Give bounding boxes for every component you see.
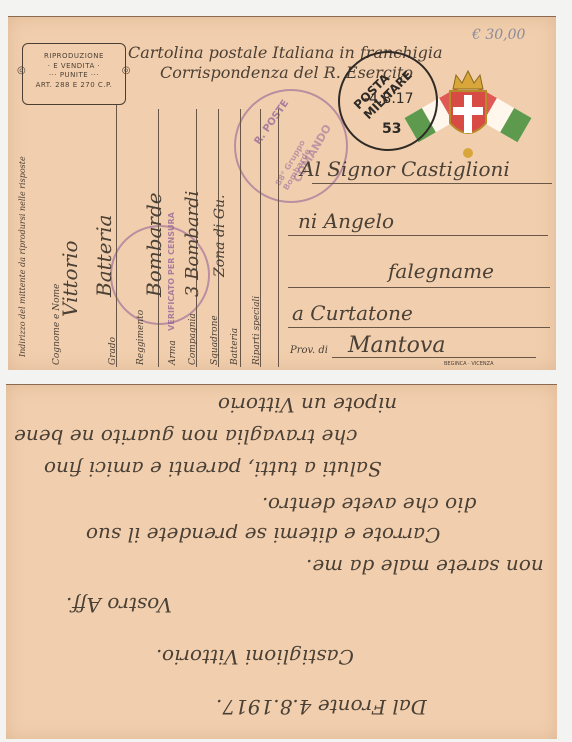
field-label-batteria: Batteria bbox=[230, 328, 240, 365]
postcard-back: nipote un Vittorio che travaglia non gua… bbox=[6, 384, 557, 739]
unit-stamp-ring: R. POSTE bbox=[253, 98, 292, 147]
field-value-compagnia: 3 Bombardi bbox=[182, 191, 203, 297]
signature-name: Castiglioni Vittorio. bbox=[156, 645, 354, 669]
field-label-grado: Grado bbox=[108, 337, 118, 365]
prov-label: Prov. di bbox=[290, 345, 328, 356]
field-label-riparti: Riparti speciali bbox=[252, 296, 262, 365]
sender-instruction: Indirizzo del mittente da riprodursi nel… bbox=[18, 156, 27, 357]
field-label-arma: Arma bbox=[168, 340, 178, 365]
field-label-compagnia: Compagnia bbox=[188, 313, 198, 365]
postmark-number: 53 bbox=[382, 121, 401, 137]
postmark-date: -4.8.17 bbox=[364, 91, 414, 107]
unit-stamp: R. POSTE 88° Gruppo Bombarde COMANDO bbox=[234, 89, 348, 203]
address-line-3: falegname bbox=[388, 259, 494, 283]
printer-imprint: BEGINCA · VICENZA bbox=[444, 361, 494, 367]
address-line-2: ni Angelo bbox=[298, 209, 394, 233]
message-line: Carrote e ditemi se prendete il suo bbox=[86, 523, 440, 547]
field-value-reggimento: Bombarde bbox=[142, 192, 166, 297]
warning-line: · E VENDITA · bbox=[23, 62, 125, 72]
message-line: dio che avete dentro. bbox=[262, 493, 476, 517]
message-line: non sarete male da me. bbox=[306, 555, 544, 579]
warning-line: ··· PUNITE ··· bbox=[23, 71, 125, 81]
field-value-grado: Batteria bbox=[92, 215, 116, 297]
warning-line: RIPRODUZIONE bbox=[23, 52, 125, 62]
message-line: che travaglia non guarito ne bene bbox=[14, 425, 358, 449]
censor-stamp-text: VERIFICATO PER CENSURA bbox=[167, 212, 176, 331]
prov-value: Mantova bbox=[348, 333, 445, 358]
field-value-squadrone: Zona di Gu. bbox=[212, 194, 228, 277]
field-value-cognome: Vittorio bbox=[58, 240, 82, 317]
price-note: € 30,00 bbox=[472, 27, 525, 43]
message-line: nipote un Vittorio bbox=[218, 393, 397, 417]
signature-closing: Vostro Aff. bbox=[66, 593, 172, 617]
postcard-front: € 30,00 RIPRODUZIONE · E VENDITA · ··· P… bbox=[8, 16, 556, 370]
message-line: Saluti a tutti, parenti e amici fino bbox=[44, 457, 382, 481]
warning-box: RIPRODUZIONE · E VENDITA · ··· PUNITE ··… bbox=[22, 43, 126, 105]
postmark-stamp: POSTA MILITARE -4.8.17 53 bbox=[338, 51, 438, 151]
field-label-reggimento: Reggimento bbox=[136, 310, 146, 365]
address-line-1: Al Signor Castiglioni bbox=[300, 157, 510, 181]
message-date: Dal Fronte 4.8.1917. bbox=[216, 695, 427, 719]
field-label-squadrone: Squadrone bbox=[210, 315, 220, 365]
warning-line: ART. 288 E 270 C.P. bbox=[23, 81, 125, 91]
address-line-4: a Curtatone bbox=[292, 301, 413, 325]
